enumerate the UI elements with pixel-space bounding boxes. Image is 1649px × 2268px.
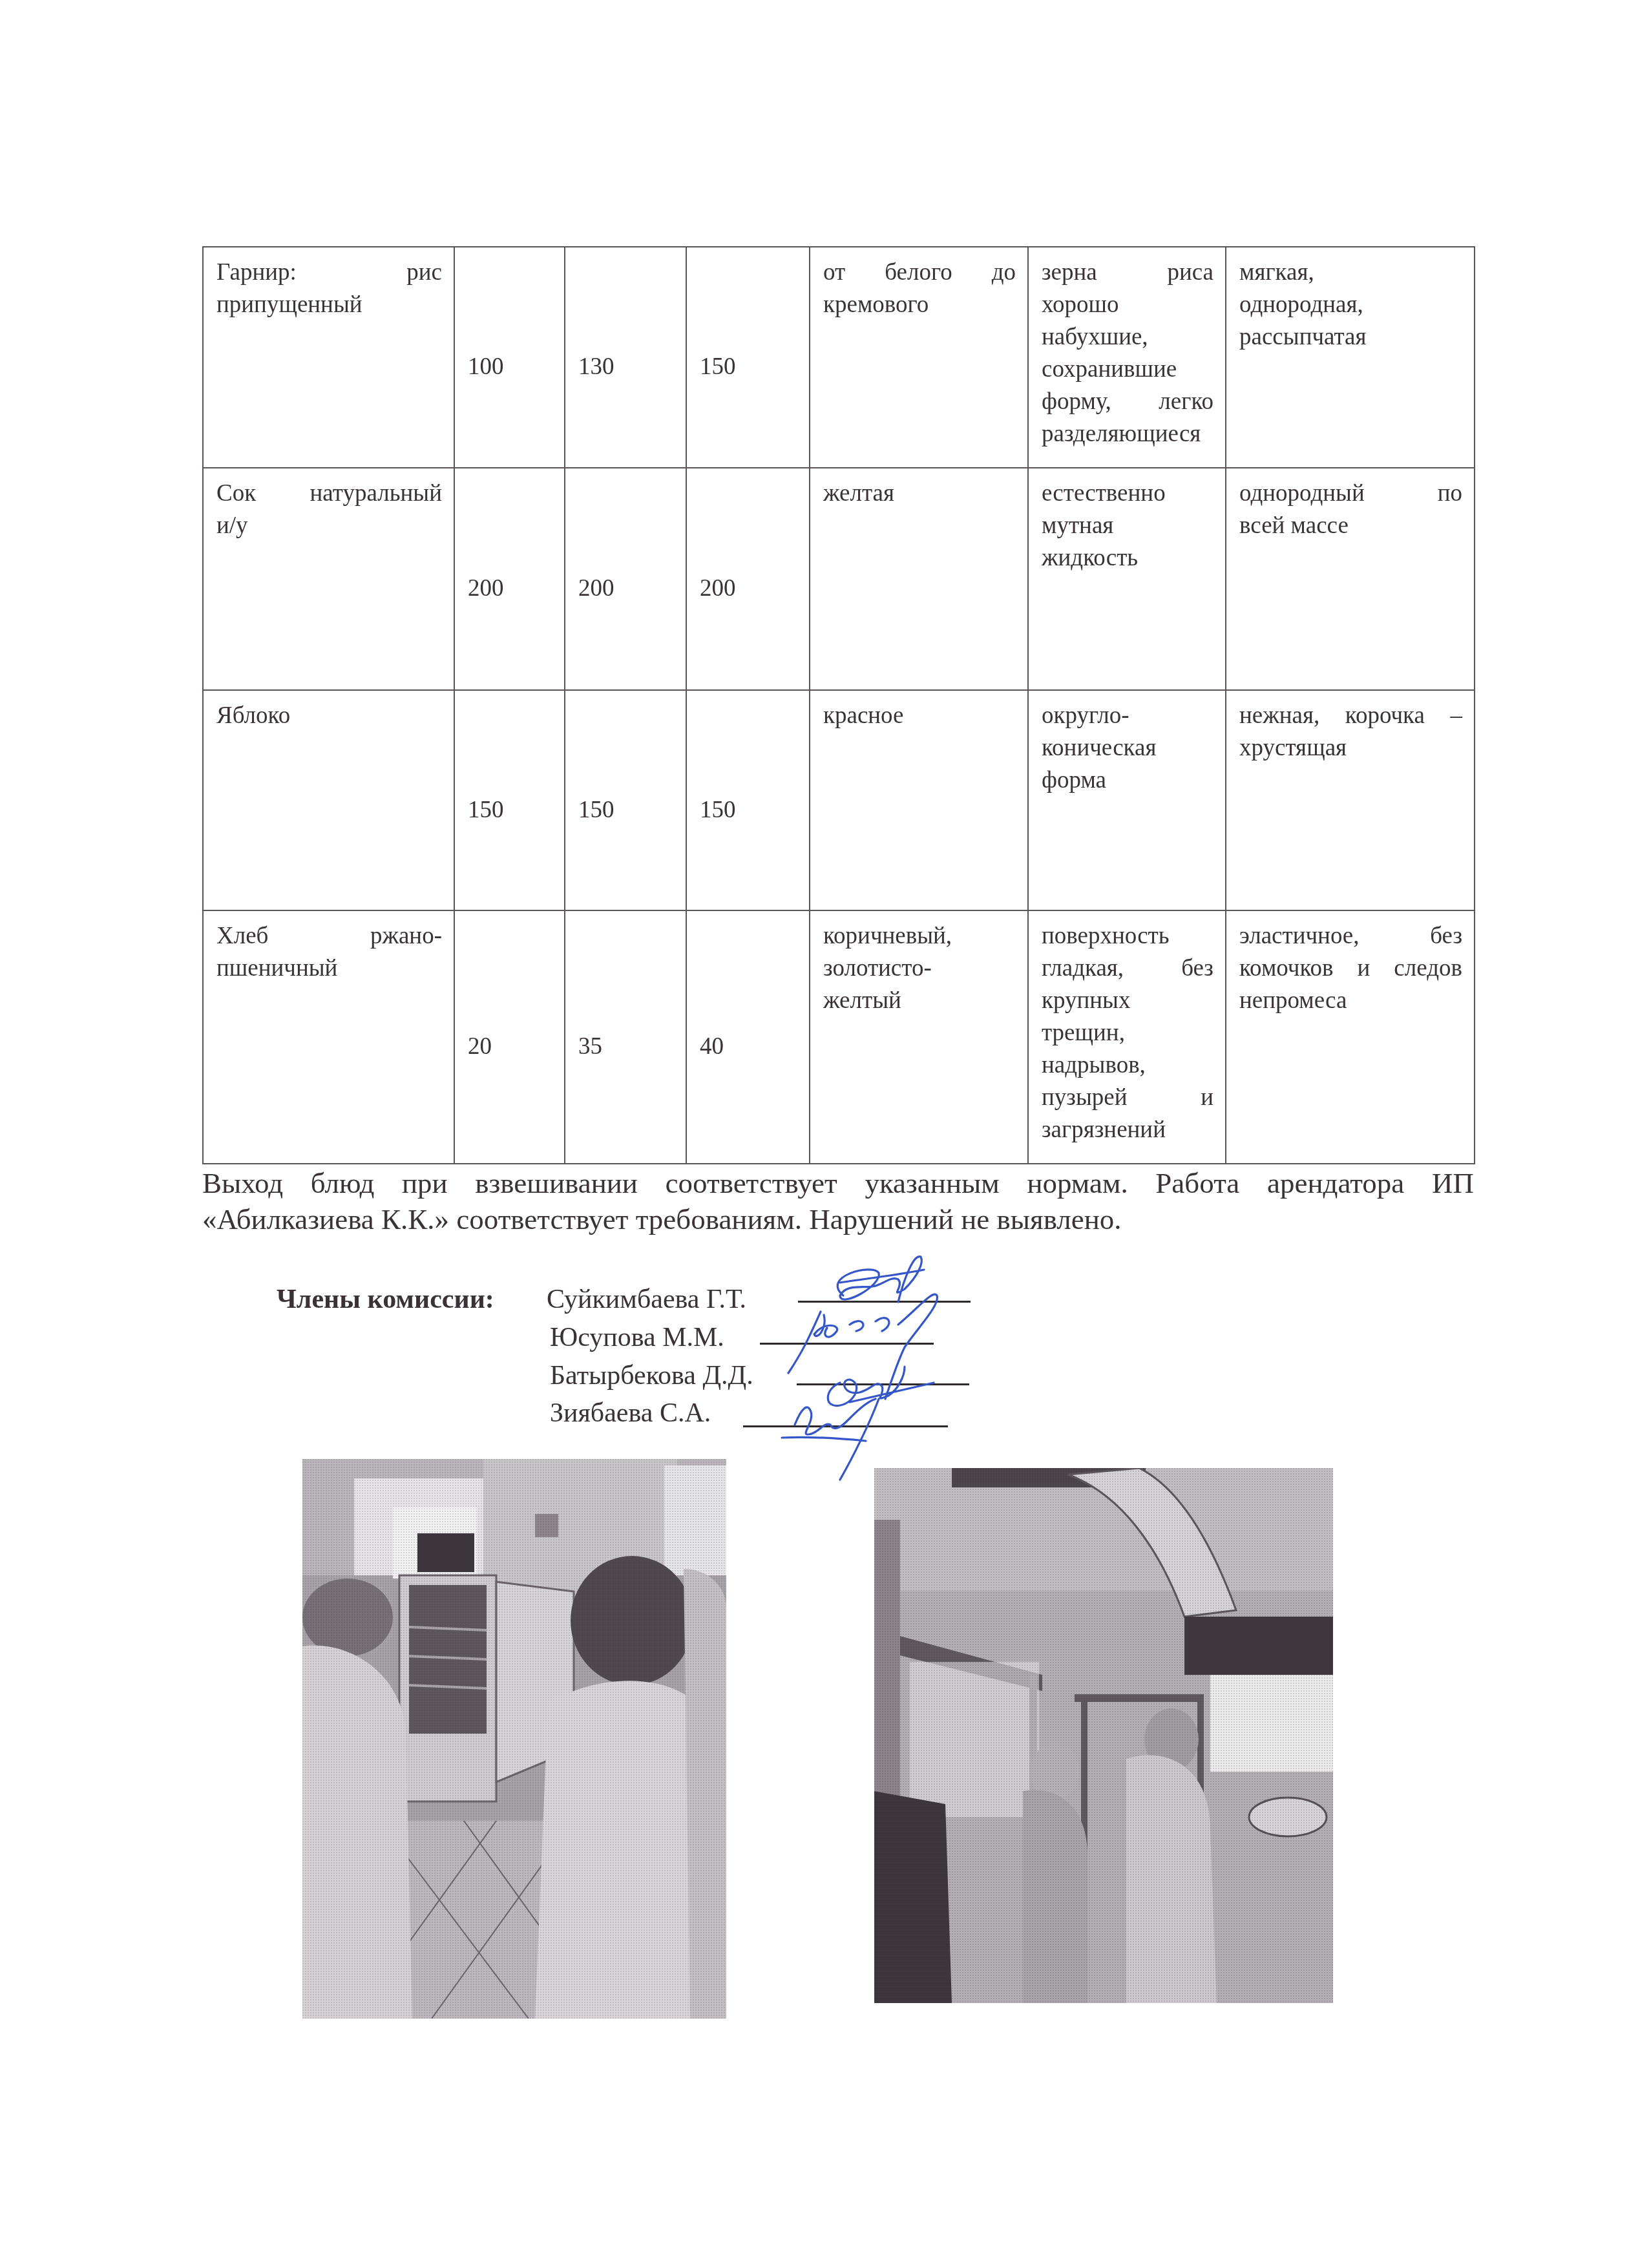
appearance-cell-line: надрывов, [1042, 1049, 1213, 1082]
appearance-cell-line: загрязнений [1042, 1114, 1213, 1146]
consistency-cell-line: непромеса [1239, 985, 1462, 1017]
consistency-cell-line: однородная, [1239, 289, 1462, 321]
consistency-cell-line: комочков и следов [1239, 952, 1462, 985]
weight-value-cell-2: 200 [565, 468, 686, 690]
weight-value-cell-1: 20 [454, 910, 565, 1164]
color-cell: коричневый,золотисто-желтый [810, 910, 1028, 1164]
conclusion-paragraph: Выход блюд при взвешивании соответствует… [202, 1165, 1474, 1237]
dish-name-cell: Яблоко [203, 690, 454, 910]
consistency-cell: эластичное, безкомочков и следовнепромес… [1226, 910, 1475, 1164]
signature-3 [828, 1367, 934, 1406]
appearance-cell-line: жидкость [1042, 542, 1213, 574]
consistency-cell-line: нежная, корочка – [1239, 700, 1462, 732]
dish-name-cell-line: припущенный [216, 289, 442, 321]
weight-value-cell-3: 150 [686, 247, 810, 468]
weight-value-cell-3: 40 [686, 910, 810, 1164]
dish-name-cell: Хлеб ржано-пшеничный [203, 910, 454, 1164]
table-row: Сок натуральныйи/у200200200желтаяестеств… [203, 468, 1475, 690]
consistency-cell-line: эластичное, без [1239, 920, 1462, 952]
consistency-cell-line: однородный по [1239, 478, 1462, 510]
color-cell-line: красное [823, 700, 1016, 732]
food-quality-table: Гарнир: рисприпущенный100130150от белого… [202, 246, 1475, 1164]
table-row: Гарнир: рисприпущенный100130150от белого… [203, 247, 1475, 468]
conclusion-line-1: Выход блюд при взвешивании соответствует… [202, 1165, 1474, 1201]
consistency-cell-line: всей массе [1239, 510, 1462, 542]
table-row: Хлеб ржано-пшеничный203540коричневый,зол… [203, 910, 1475, 1164]
table-row: Яблоко150150150красноеокругло-коническая… [203, 690, 1475, 910]
dish-name-cell-line: Гарнир: рис [216, 257, 442, 289]
appearance-cell: зерна рисахорошонабухшие,сохранившиеформ… [1028, 247, 1226, 468]
appearance-cell-line: разделяющиеся [1042, 418, 1213, 450]
photo-kitchen-storage-inspection [874, 1468, 1333, 2003]
appearance-cell-line: гладкая, без [1042, 952, 1213, 985]
consistency-cell: однородный повсей массе [1226, 468, 1475, 690]
weight-value-cell-2: 130 [565, 247, 686, 468]
weight-value-cell-1: 150 [454, 690, 565, 910]
appearance-cell-line: поверхность [1042, 920, 1213, 952]
consistency-cell-line: хрустящая [1239, 732, 1462, 764]
signature-2 [788, 1294, 937, 1399]
color-cell-line: желтая [823, 478, 1016, 510]
color-cell-line: кремового [823, 289, 1016, 321]
dish-name-cell: Сок натуральныйи/у [203, 468, 454, 690]
appearance-cell-line: сохранившие [1042, 353, 1213, 386]
signature-1 [837, 1257, 921, 1302]
appearance-cell-line: зерна риса [1042, 257, 1213, 289]
color-cell-line: коричневый, [823, 920, 1016, 952]
appearance-cell-line: форма [1042, 764, 1213, 797]
appearance-cell: естественномутнаяжидкость [1028, 468, 1226, 690]
appearance-cell-line: крупных [1042, 985, 1213, 1017]
consistency-cell: мягкая,однородная,рассыпчатая [1226, 247, 1475, 468]
dish-name-cell-line: пшеничный [216, 952, 442, 985]
weight-value-cell-2: 35 [565, 910, 686, 1164]
consistency-cell-line: рассыпчатая [1239, 321, 1462, 353]
consistency-cell-line: мягкая, [1239, 257, 1462, 289]
appearance-cell-line: округло- [1042, 700, 1213, 732]
conclusion-line-2: «Абилказиева К.К.» соответствует требова… [202, 1201, 1474, 1237]
dish-name-cell-line: Яблоко [216, 700, 442, 732]
appearance-cell-line: мутная [1042, 510, 1213, 542]
photo-refrigerator-inspection [302, 1459, 726, 2019]
color-cell: желтая [810, 468, 1028, 690]
weight-value-cell-2: 150 [565, 690, 686, 910]
commission-label: Члены комиссии: [277, 1281, 494, 1318]
appearance-cell-line: пузырей и [1042, 1082, 1213, 1114]
appearance-cell-line: форму, легко [1042, 386, 1213, 418]
appearance-cell-line: трещин, [1042, 1017, 1213, 1049]
color-cell-line: от белого до [823, 257, 1016, 289]
color-cell: красное [810, 690, 1028, 910]
weight-value-cell-3: 150 [686, 690, 810, 910]
appearance-cell: округло-коническаяформа [1028, 690, 1226, 910]
color-cell-line: золотисто- [823, 952, 1016, 985]
dish-name-cell: Гарнир: рисприпущенный [203, 247, 454, 468]
appearance-cell-line: коническая [1042, 732, 1213, 764]
member-name-4: Зиябаева С.А. [550, 1395, 711, 1431]
color-cell: от белого докремового [810, 247, 1028, 468]
dish-name-cell-line: Хлеб ржано- [216, 920, 442, 952]
appearance-cell-line: хорошо [1042, 289, 1213, 321]
color-cell-line: желтый [823, 985, 1016, 1017]
weight-value-cell-3: 200 [686, 468, 810, 690]
weight-value-cell-1: 200 [454, 468, 565, 690]
member-name-2: Юсупова М.М. [550, 1319, 724, 1356]
appearance-cell-line: естественно [1042, 478, 1213, 510]
dish-name-cell-line: и/у [216, 510, 442, 542]
photo-2-image [874, 1468, 1333, 2003]
signature-4 [782, 1399, 879, 1480]
photo-1-image [302, 1459, 726, 2019]
appearance-cell-line: набухшие, [1042, 321, 1213, 353]
handwritten-signatures [711, 1250, 1073, 1483]
consistency-cell: нежная, корочка –хрустящая [1226, 690, 1475, 910]
weight-value-cell-1: 100 [454, 247, 565, 468]
appearance-cell: поверхностьгладкая, безкрупныхтрещин,над… [1028, 910, 1226, 1164]
dish-name-cell-line: Сок натуральный [216, 478, 442, 510]
